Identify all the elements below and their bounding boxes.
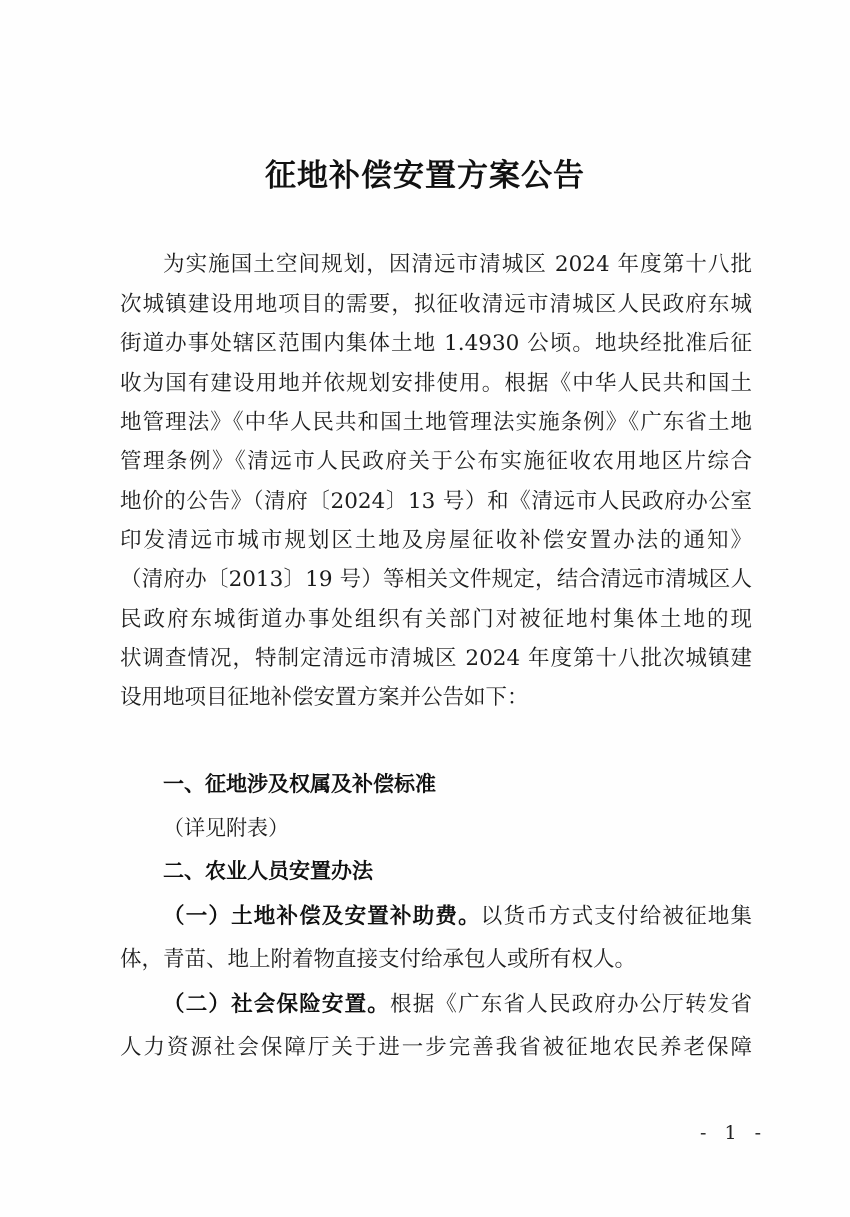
section-2-item-2-line-1: （二）社会保险安置。根据《广东省人民政府办公厅转发省: [163, 990, 752, 1020]
section-2-item-1-text: 以货币方式支付给被征地集: [481, 904, 752, 929]
intro-line-9: （清府办〔2013〕19 号）等相关文件规定，结合清远市清城区人: [120, 565, 752, 595]
section-1-heading: 一、征地涉及权属及补偿标准: [163, 769, 436, 799]
intro-line-1: 为实施国土空间规划，因清远市清城区 2024 年度第十八批: [163, 250, 752, 280]
intro-line-8: 印发清远市城市规划区土地及房屋征收补偿安置办法的通知》: [120, 526, 752, 556]
intro-line-4: 收为国有建设用地并依规划安排使用。根据《中华人民共和国土: [120, 369, 752, 399]
intro-line-12: 设用地项目征地补偿安置方案并公告如下：: [120, 683, 752, 713]
section-2-item-1-lead: （一）土地补偿及安置补助费。: [163, 904, 481, 929]
intro-line-7: 地价的公告》（清府〔2024〕13 号）和《清远市人民政府办公室: [120, 487, 752, 517]
intro-line-5: 地管理法》《中华人民共和国土地管理法实施条例》《广东省土地: [120, 408, 752, 438]
intro-line-2: 次城镇建设用地项目的需要，拟征收清远市清城区人民政府东城: [120, 290, 752, 320]
section-2-item-1-line-2: 体，青苗、地上附着物直接支付给承包人或所有权人。: [120, 945, 752, 975]
intro-line-10: 民政府东城街道办事处组织有关部门对被征地村集体土地的现: [120, 605, 752, 635]
section-2-heading: 二、农业人员安置办法: [163, 856, 373, 886]
intro-line-11: 状调查情况，特制定清远市清城区 2024 年度第十八批次城镇建: [120, 644, 752, 674]
section-2-item-2-line-2: 人力资源社会保障厅关于进一步完善我省被征地农民养老保障: [120, 1033, 752, 1063]
section-1-note: （详见附表）: [163, 813, 289, 843]
section-2-item-1-line-1: （一）土地补偿及安置补助费。以货币方式支付给被征地集: [163, 902, 752, 932]
section-2-item-2-text: 根据《广东省人民政府办公厅转发省: [390, 992, 752, 1017]
document-page: 征地补偿安置方案公告 为实施国土空间规划，因清远市清城区 2024 年度第十八批…: [0, 0, 850, 1217]
intro-line-6: 管理条例》《清远市人民政府关于公布实施征收农用地区片综合: [120, 447, 752, 477]
section-2-item-2-lead: （二）社会保险安置。: [163, 992, 390, 1017]
page-number: - 1 -: [700, 1122, 767, 1144]
document-title: 征地补偿安置方案公告: [0, 150, 850, 195]
intro-line-3: 街道办事处辖区范围内集体土地 1.4930 公顷。地块经批准后征: [120, 329, 752, 359]
